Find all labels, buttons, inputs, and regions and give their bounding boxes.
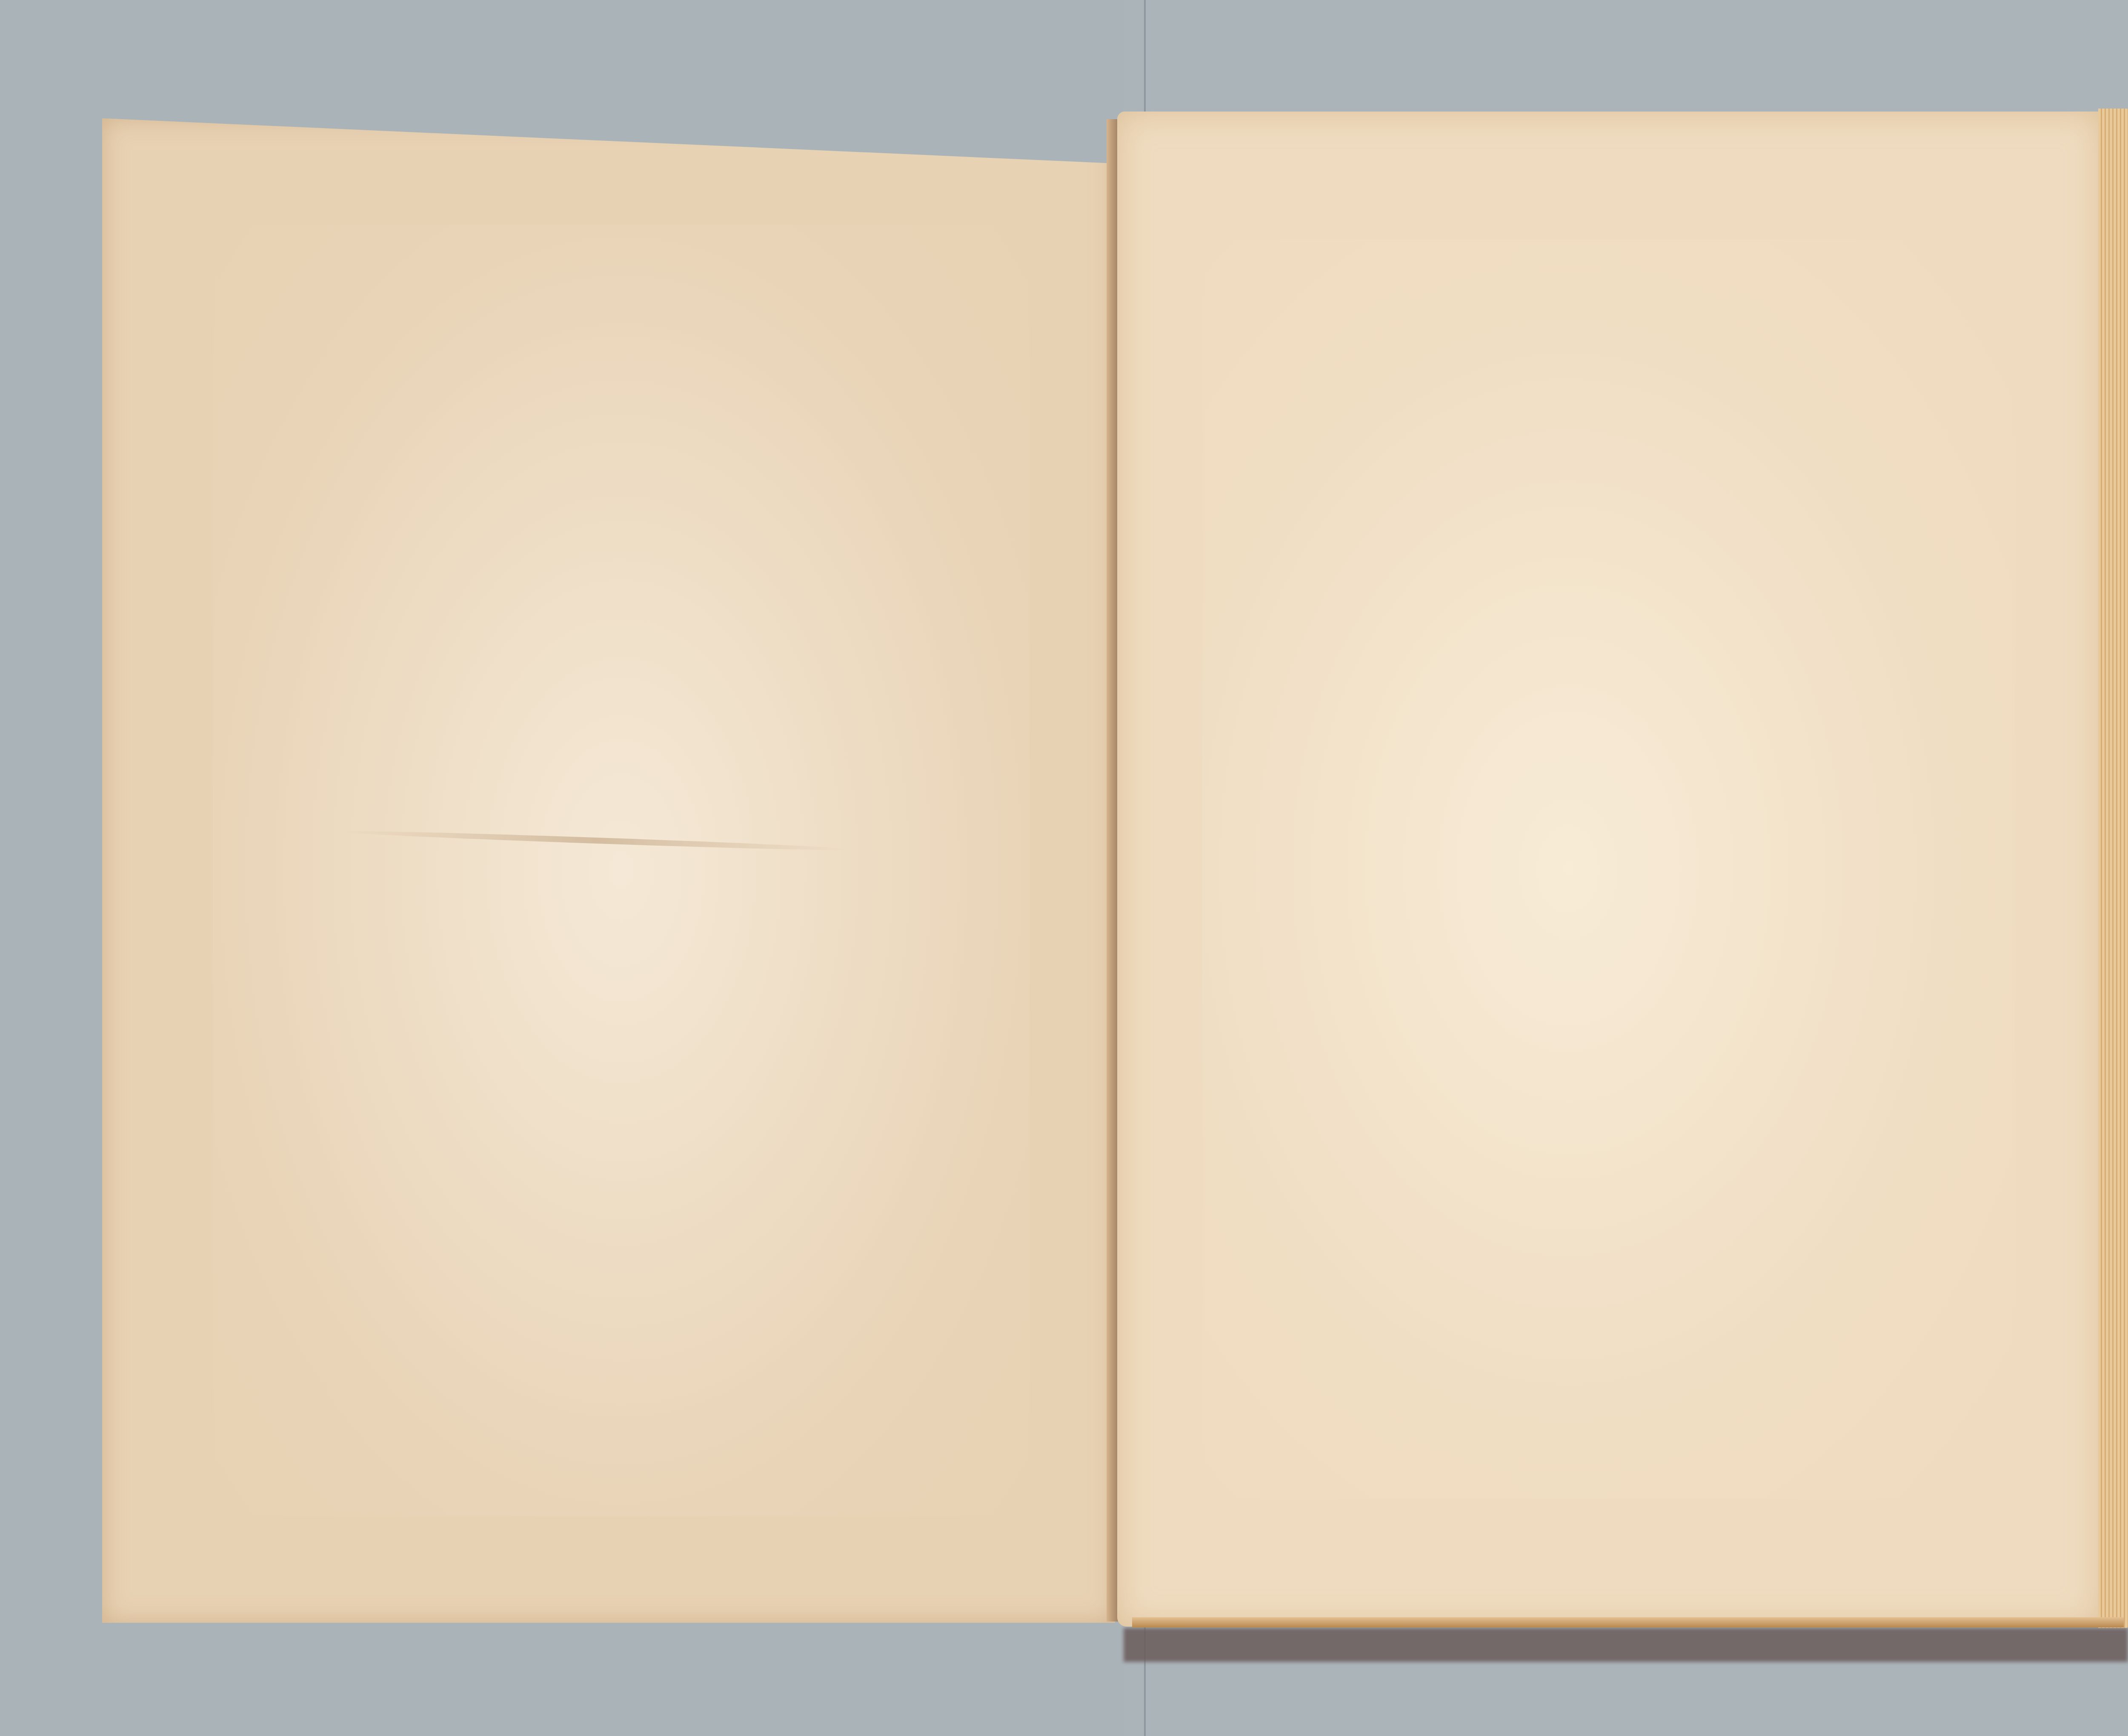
left-page: [102, 118, 1115, 1623]
page-bottom-edge: [1132, 1617, 2124, 1627]
book-shadow: [1124, 1628, 2128, 1662]
left-page-wash: [213, 225, 1030, 1516]
right-page: [1117, 112, 2100, 1627]
right-page-wash: [1202, 239, 2015, 1499]
page-edge-stack: [2098, 109, 2128, 1628]
